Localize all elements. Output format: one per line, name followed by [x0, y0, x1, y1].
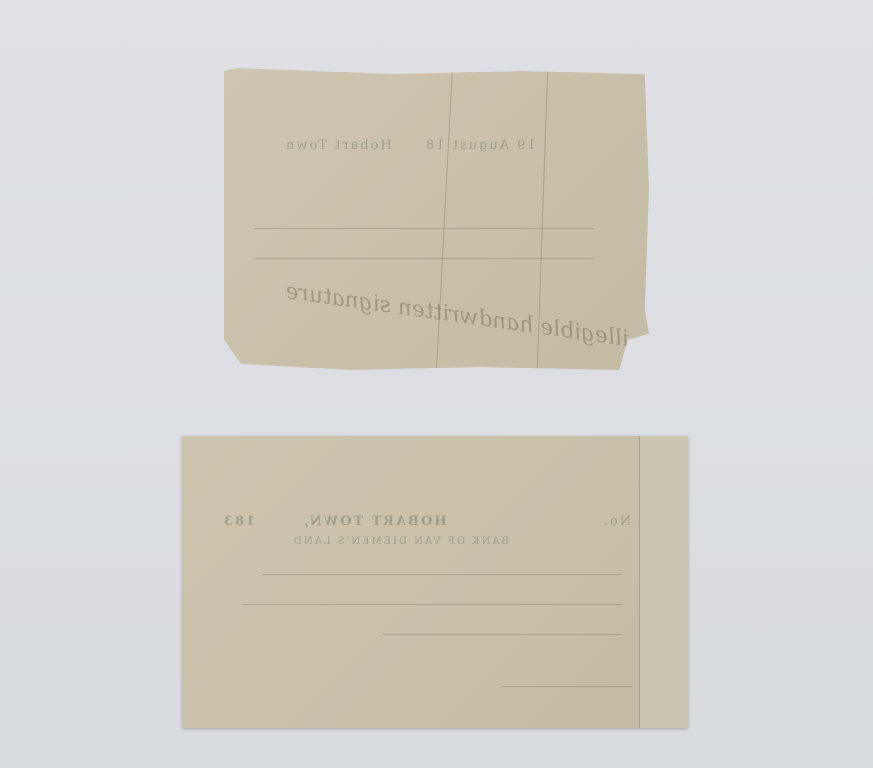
printed-line	[242, 604, 622, 605]
printed-line	[254, 258, 594, 259]
mirrored-text-date: 19 August 18	[424, 138, 536, 153]
signature: illegible handwritten signature	[284, 279, 631, 352]
mirrored-text-year: 183	[222, 514, 255, 529]
printed-line	[262, 574, 622, 575]
cheque-stub	[639, 436, 688, 728]
mirrored-text-town: HOBART TOWN,	[302, 514, 447, 529]
mirrored-text-place: Hobart Town	[284, 138, 392, 153]
mirrored-text-bank: BANK OF VAN DIEMEN'S LAND	[292, 536, 509, 547]
printed-line	[382, 634, 622, 635]
printed-line	[502, 686, 632, 687]
upper-document: Hobart Town 19 August 18 illegible handw…	[224, 68, 649, 370]
lower-document: HOBART TOWN, 183 BANK OF VAN DIEMEN'S LA…	[182, 436, 688, 728]
mirrored-text-number: No.	[602, 514, 631, 529]
printed-line	[254, 228, 594, 229]
